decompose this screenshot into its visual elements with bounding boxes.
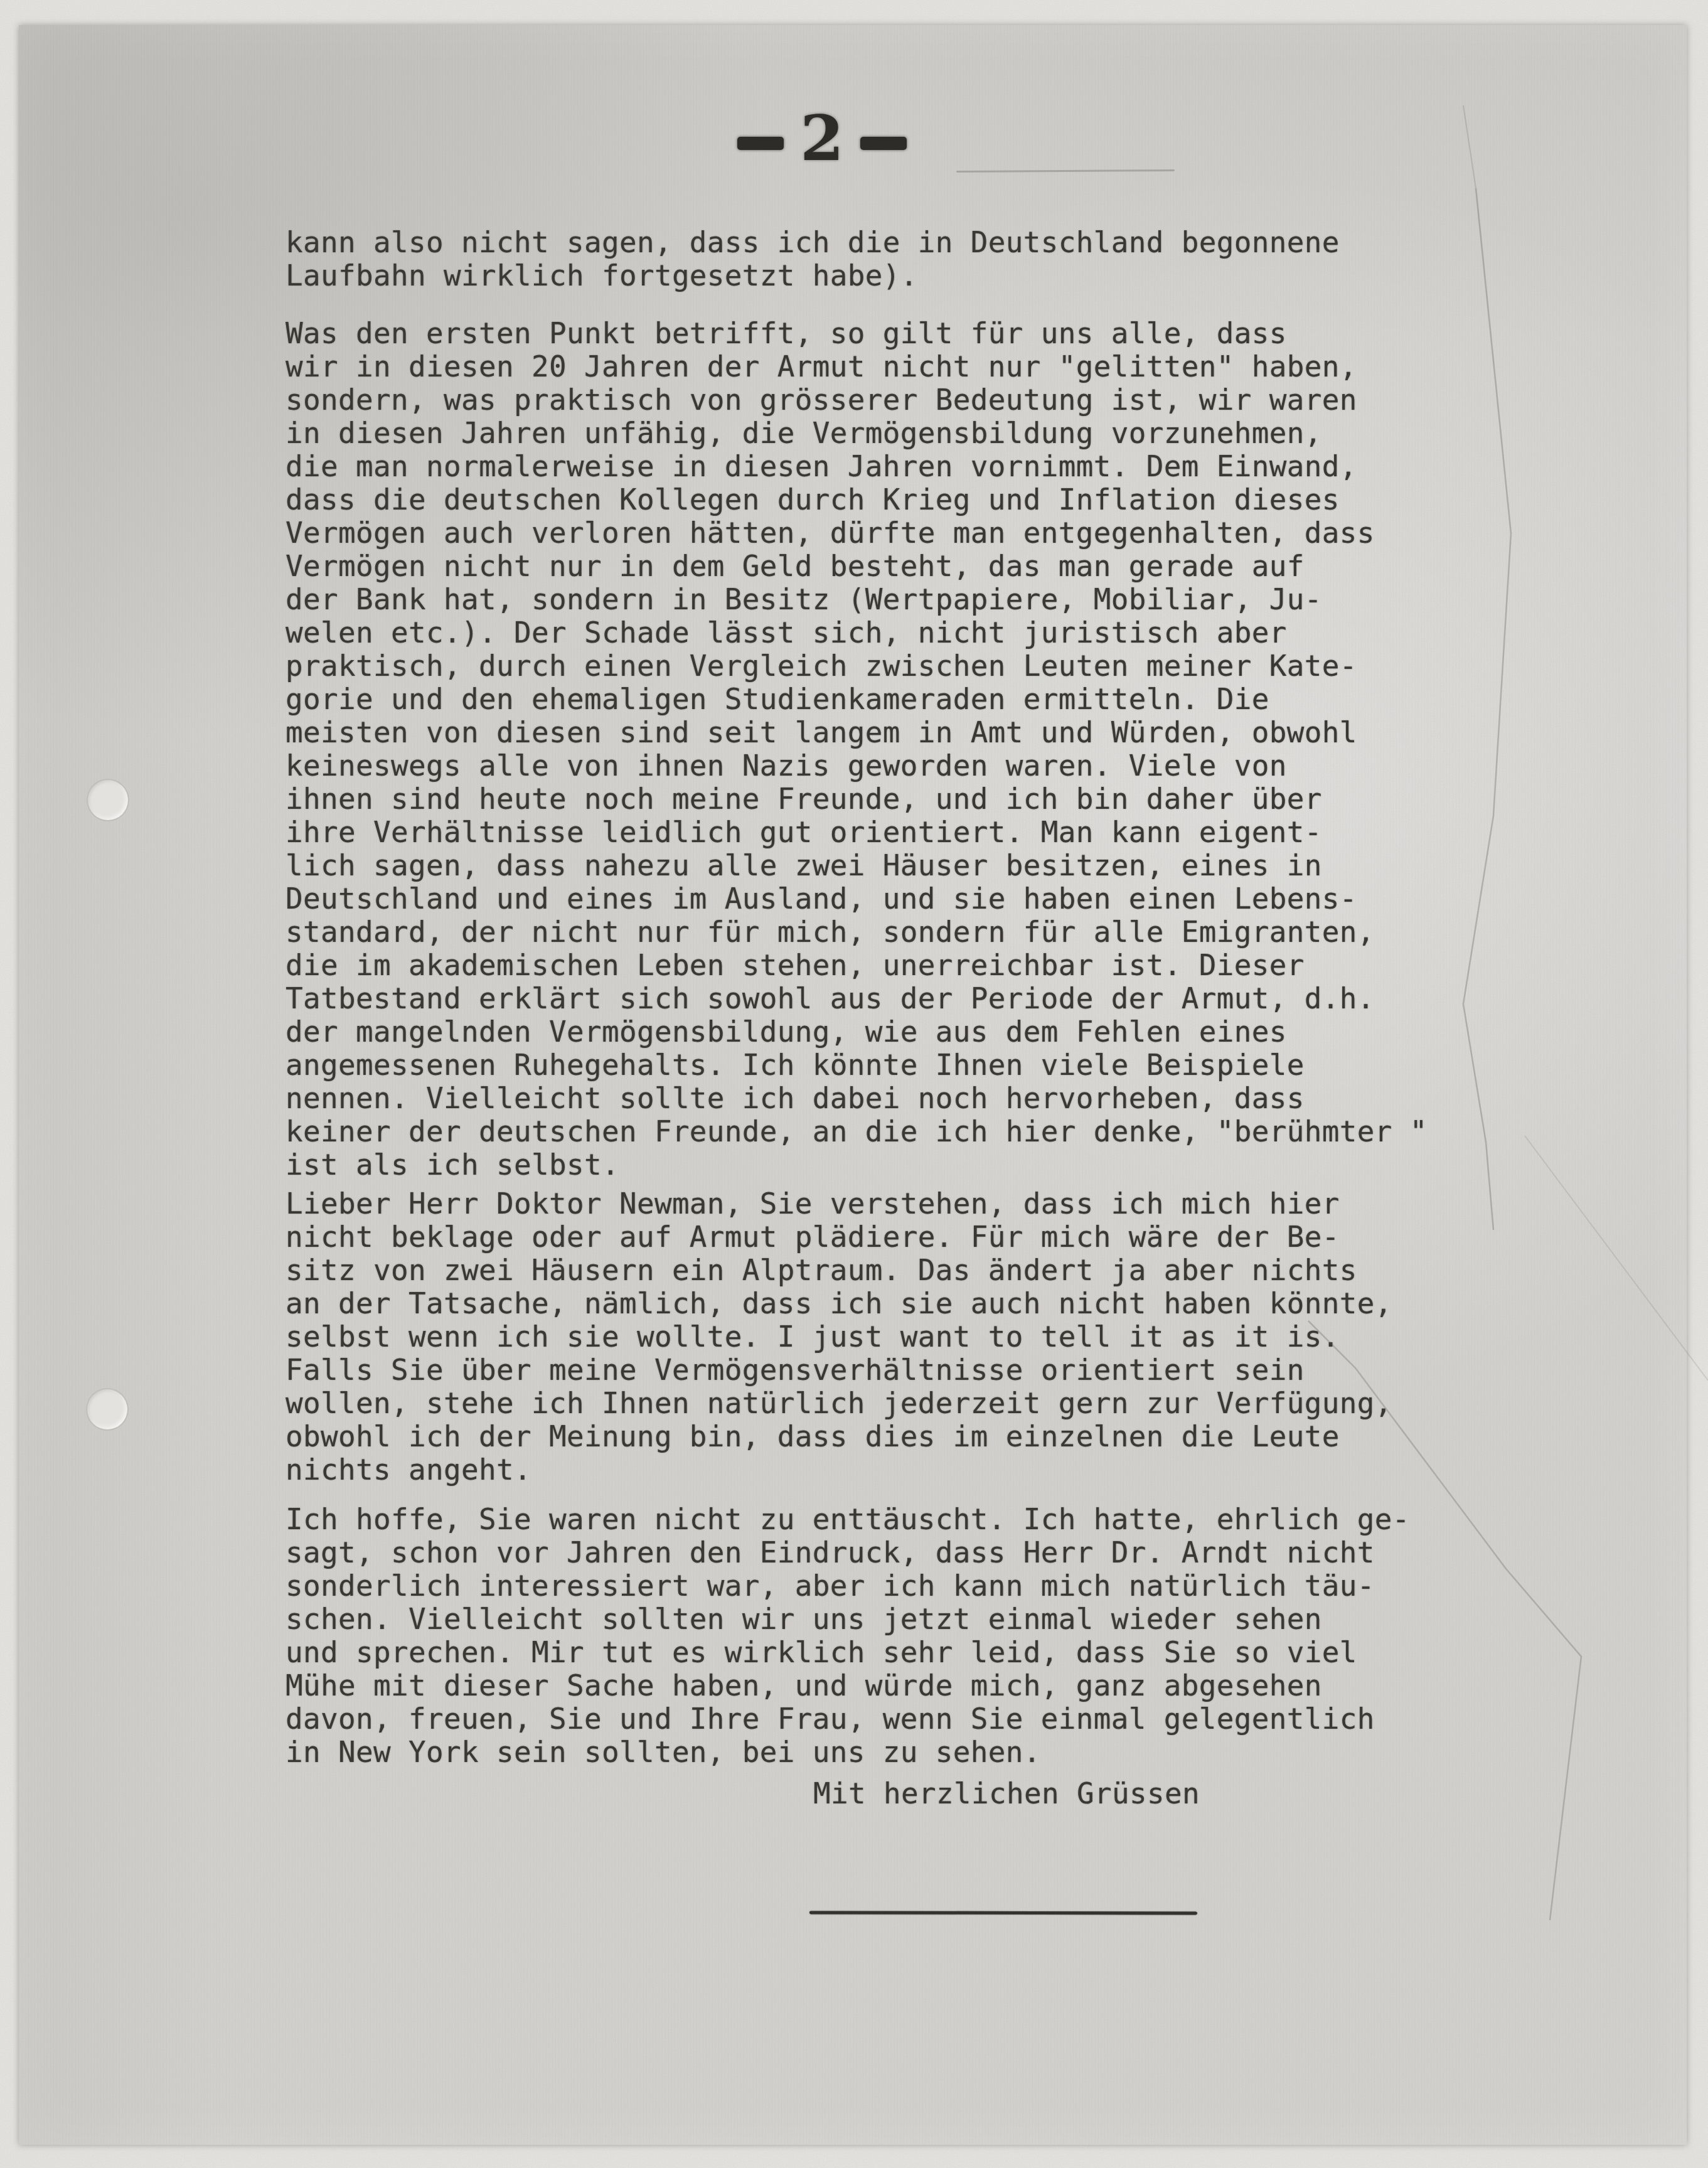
page-number-digit: 2: [800, 107, 844, 169]
closing-salutation: Mit herzlichen Grüssen: [813, 1777, 1200, 1810]
paragraph-2: Was den ersten Punkt betrifft, so gilt f…: [286, 317, 1428, 1182]
document-scan: 2 kann also nicht sagen, dass ich die in…: [0, 0, 1708, 2168]
paragraph-4: Ich hoffe, Sie waren nicht zu enttäuscht…: [286, 1503, 1410, 1769]
page-number-left-dash: [737, 137, 784, 150]
page-number-right-dash: [860, 137, 907, 150]
paragraph-3: Lieber Herr Doktor Newman, Sie verstehen…: [286, 1187, 1392, 1487]
hole-punch-icon: [86, 1388, 129, 1431]
hole-punch-icon: [87, 779, 129, 821]
page-number: 2: [715, 105, 929, 181]
paragraph-1: kann also nicht sagen, dass ich die in D…: [286, 226, 1340, 292]
